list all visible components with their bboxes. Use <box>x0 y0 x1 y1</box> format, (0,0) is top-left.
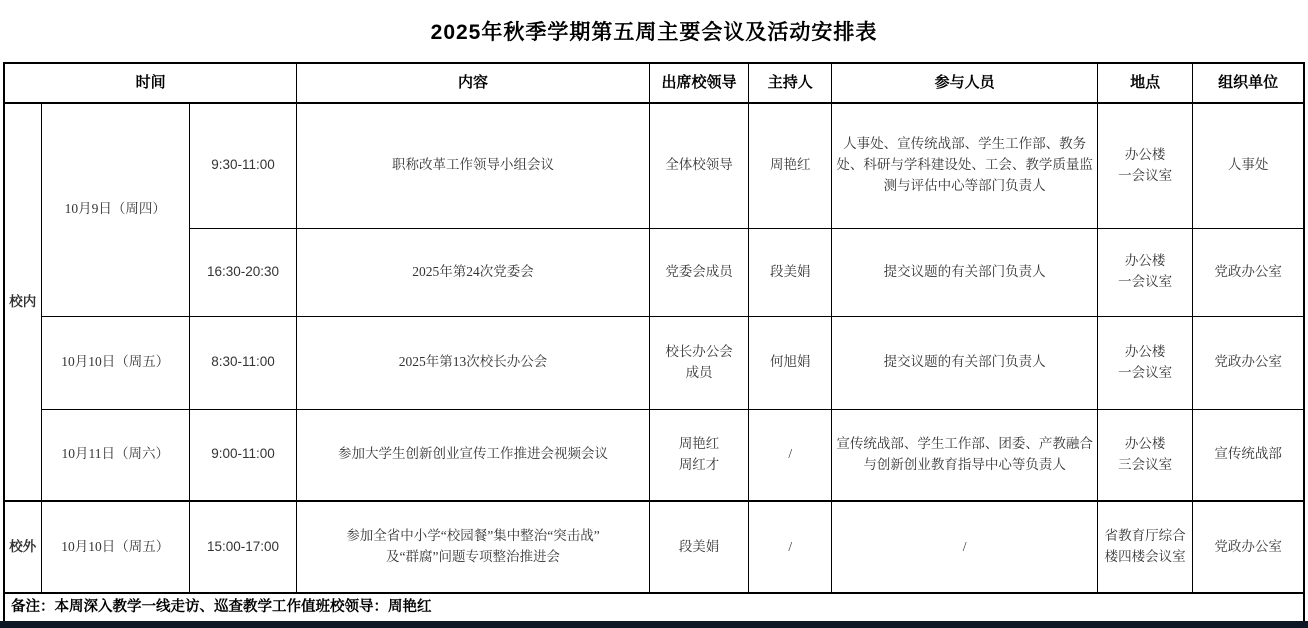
participants-cell: 提交议题的有关部门负责人 <box>832 316 1098 409</box>
table-row: 10月10日（周五） 8:30-11:00 2025年第13次校长办公会 校长办… <box>4 316 1304 409</box>
note-row: 备注：本周深入教学一线走访、巡查教学工作值班校领导：周艳红 <box>4 593 1304 622</box>
title-bar: 2025年秋季学期第五周主要会议及活动安排表 <box>0 0 1308 62</box>
column-header-org: 组织单位 <box>1193 63 1304 103</box>
section-label-offcampus: 校外 <box>4 501 41 593</box>
table-row: 16:30-20:30 2025年第24次党委会 党委会成员 段美娟 提交议题的… <box>4 228 1304 316</box>
org-cell: 宣传统战部 <box>1193 409 1304 501</box>
table-header-row: 时间 内容 出席校领导 主持人 参与人员 地点 组织单位 <box>4 63 1304 103</box>
time-cell: 9:30-11:00 <box>189 103 296 228</box>
schedule-sheet: 2025年秋季学期第五周主要会议及活动安排表 时间 内容 出席校领导 主持人 参… <box>0 0 1308 628</box>
participants-cell: 宣传统战部、学生工作部、团委、产教融合与创新创业教育指导中心等负责人 <box>832 409 1098 501</box>
column-header-content: 内容 <box>297 63 650 103</box>
column-header-participants: 参与人员 <box>832 63 1098 103</box>
time-cell: 8:30-11:00 <box>189 316 296 409</box>
location-cell: 省教育厅综合 楼四楼会议室 <box>1097 501 1192 593</box>
date-cell: 10月11日（周六） <box>41 409 189 501</box>
bottom-bar <box>0 621 1308 628</box>
content-cell: 2025年第24次党委会 <box>297 228 650 316</box>
org-cell: 党政办公室 <box>1193 228 1304 316</box>
column-header-leaders: 出席校领导 <box>649 63 748 103</box>
host-cell: / <box>749 409 832 501</box>
page-title: 2025年秋季学期第五周主要会议及活动安排表 <box>431 16 878 46</box>
location-cell: 办公楼 一会议室 <box>1097 228 1192 316</box>
column-header-location: 地点 <box>1097 63 1192 103</box>
column-header-host: 主持人 <box>749 63 832 103</box>
host-cell: / <box>749 501 832 593</box>
table-row: 10月11日（周六） 9:00-11:00 参加大学生创新创业宣传工作推进会视频… <box>4 409 1304 501</box>
org-cell: 党政办公室 <box>1193 316 1304 409</box>
participants-cell: 提交议题的有关部门负责人 <box>832 228 1098 316</box>
content-cell: 参加全省中小学“校园餐”集中整治“突击战” 及“群腐”问题专项整治推进会 <box>297 501 650 593</box>
section-label-oncampus: 校内 <box>4 103 41 501</box>
participants-cell: 人事处、宣传统战部、学生工作部、教务处、科研与学科建设处、工会、教学质量监测与评… <box>832 103 1098 228</box>
content-cell: 2025年第13次校长办公会 <box>297 316 650 409</box>
location-cell: 办公楼 三会议室 <box>1097 409 1192 501</box>
date-cell: 10月10日（周五） <box>41 501 189 593</box>
leaders-cell: 全体校领导 <box>649 103 748 228</box>
note-text: 备注：本周深入教学一线走访、巡查教学工作值班校领导：周艳红 <box>4 593 1304 622</box>
schedule-table: 时间 内容 出席校领导 主持人 参与人员 地点 组织单位 校内 10月9日（周四… <box>3 62 1305 623</box>
table-row: 校外 10月10日（周五） 15:00-17:00 参加全省中小学“校园餐”集中… <box>4 501 1304 593</box>
participants-cell: / <box>832 501 1098 593</box>
host-cell: 何旭娟 <box>749 316 832 409</box>
content-cell: 参加大学生创新创业宣传工作推进会视频会议 <box>297 409 650 501</box>
org-cell: 人事处 <box>1193 103 1304 228</box>
location-cell: 办公楼 一会议室 <box>1097 316 1192 409</box>
leaders-cell: 周艳红 周红才 <box>649 409 748 501</box>
table-row: 校内 10月9日（周四） 9:30-11:00 职称改革工作领导小组会议 全体校… <box>4 103 1304 228</box>
date-cell: 10月10日（周五） <box>41 316 189 409</box>
date-cell: 10月9日（周四） <box>41 103 189 316</box>
host-cell: 段美娟 <box>749 228 832 316</box>
time-cell: 16:30-20:30 <box>189 228 296 316</box>
column-header-time: 时间 <box>4 63 297 103</box>
org-cell: 党政办公室 <box>1193 501 1304 593</box>
host-cell: 周艳红 <box>749 103 832 228</box>
leaders-cell: 段美娟 <box>649 501 748 593</box>
time-cell: 15:00-17:00 <box>189 501 296 593</box>
location-cell: 办公楼 一会议室 <box>1097 103 1192 228</box>
time-cell: 9:00-11:00 <box>189 409 296 501</box>
content-cell: 职称改革工作领导小组会议 <box>297 103 650 228</box>
leaders-cell: 党委会成员 <box>649 228 748 316</box>
leaders-cell: 校长办公会 成员 <box>649 316 748 409</box>
